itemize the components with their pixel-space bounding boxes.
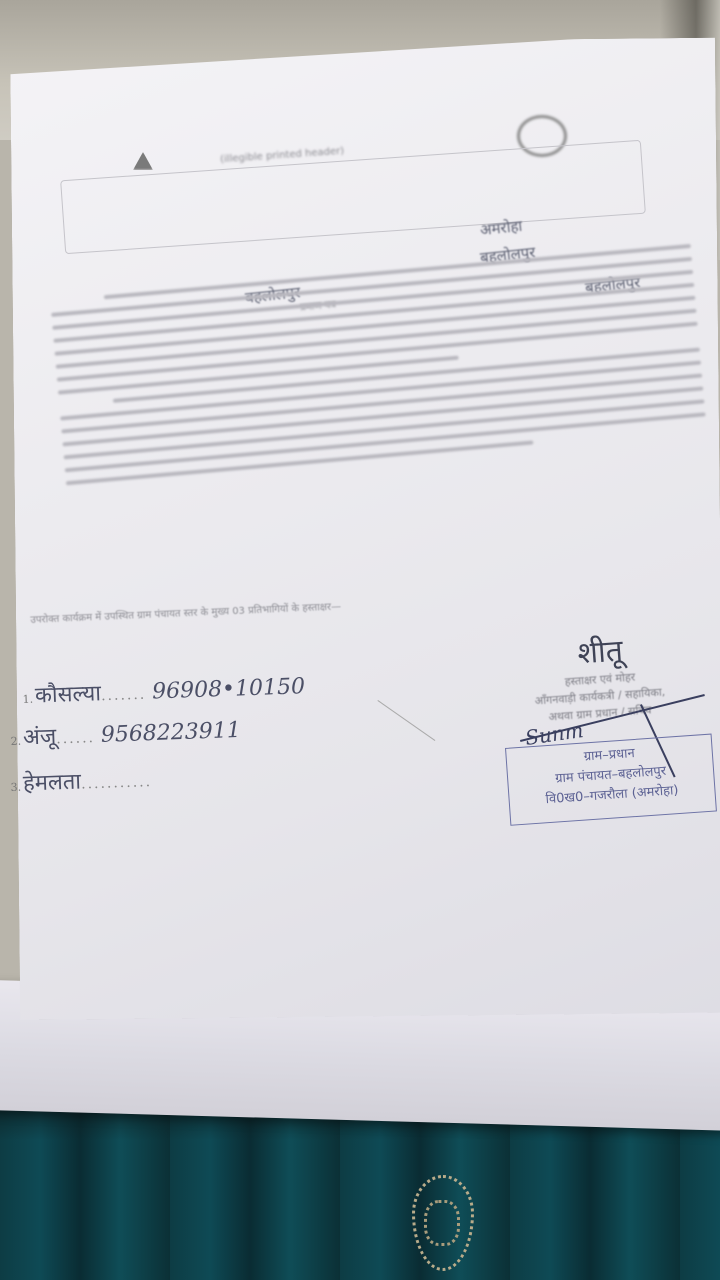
participant-phone: 96908•10150 [152,674,306,704]
participant-name: हेमलता [23,770,82,797]
dotted-line: ........... [81,774,152,792]
dotted-line: ....... [101,687,147,705]
signature-block: शीतू हस्ताक्षर एवं मोहर आँगनवाड़ी कार्यक… [480,630,720,722]
dotted-line: ...... [56,730,95,747]
participant-index: 2. [10,735,21,748]
participant-phone: 9568223911 [100,718,241,748]
participant-row: 3.हेमलता........... [10,763,158,798]
official-stamp: ग्राम–प्रधान ग्राम पंचायत–बहलोलपुर वि0ख0… [505,734,717,826]
participant-name: कौसल्या [35,681,102,708]
participant-index: 3. [10,781,21,794]
participant-index: 1. [22,693,33,706]
participant-name: अंजू [23,724,57,750]
embroidery-motif-inner [424,1200,460,1246]
